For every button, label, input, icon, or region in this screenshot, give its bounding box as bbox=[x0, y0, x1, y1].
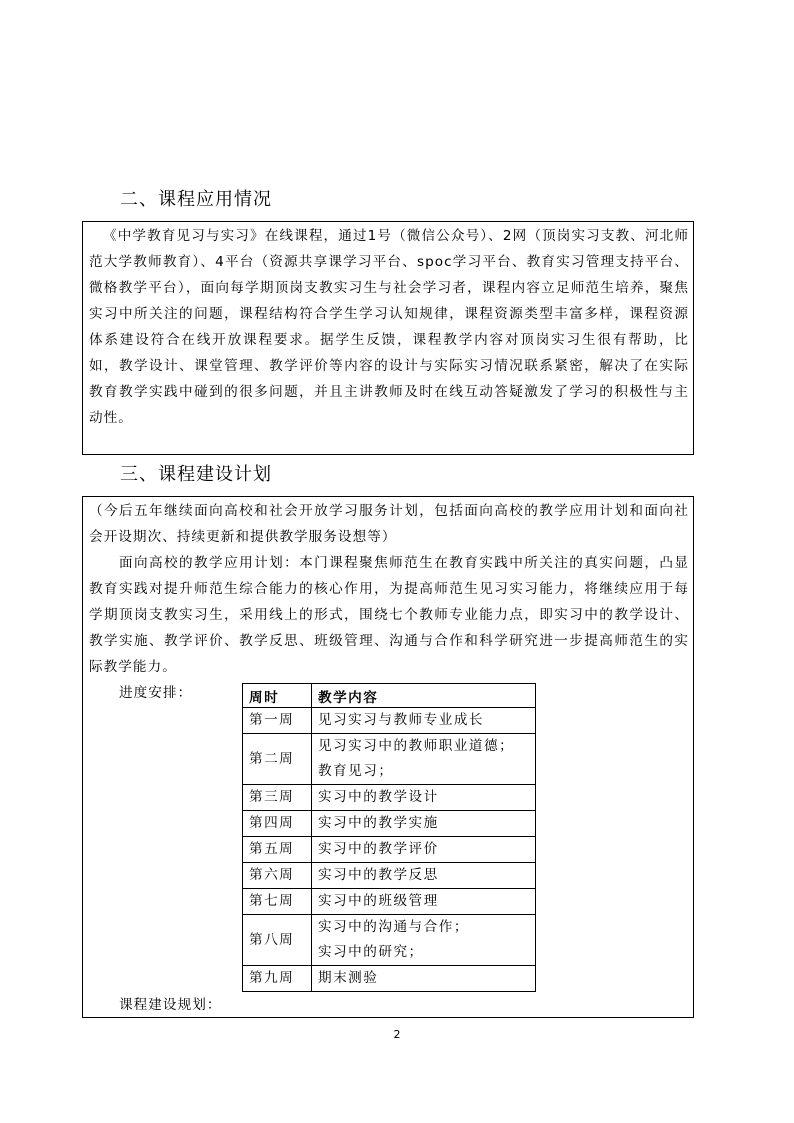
content-cell: 见习实习与教师专业成长 bbox=[312, 708, 536, 734]
table-row: 第五周 实习中的教学评价 bbox=[243, 837, 536, 863]
table-row: 第六周 实习中的教学反思 bbox=[243, 863, 536, 889]
content-cell: 实习中的教学实施 bbox=[312, 811, 536, 837]
week-cell: 第六周 bbox=[243, 863, 312, 889]
content-cell: 实习中的教学设计 bbox=[312, 785, 536, 811]
content-line: 实习中的研究； bbox=[318, 940, 529, 965]
table-row: 第七周 实习中的班级管理 bbox=[243, 889, 536, 915]
content-line: 教育见习； bbox=[318, 759, 529, 784]
week-cell: 第五周 bbox=[243, 837, 312, 863]
week-cell: 第九周 bbox=[243, 966, 312, 992]
section3-note: （今后五年继续面向高校和社会开放学习服务计划，包括面向高校的教学应用计划和面向社… bbox=[83, 498, 693, 550]
content-line: 见习实习中的教师职业道德； bbox=[318, 734, 529, 759]
week-cell: 第七周 bbox=[243, 889, 312, 915]
table-row: 第四周 实习中的教学实施 bbox=[243, 811, 536, 837]
week-cell: 第三周 bbox=[243, 785, 312, 811]
week-cell: 第二周 bbox=[243, 734, 312, 785]
table-row: 第九周 期末测验 bbox=[243, 966, 536, 992]
content-cell: 实习中的沟通与合作； 实习中的研究； bbox=[312, 915, 536, 966]
content-cell: 见习实习中的教师职业道德； 教育见习； bbox=[312, 734, 536, 785]
content-cell: 实习中的教学反思 bbox=[312, 863, 536, 889]
week-cell: 第四周 bbox=[243, 811, 312, 837]
header-content: 教学内容 bbox=[312, 684, 536, 708]
schedule-table: 周时 教学内容 第一周 见习实习与教师专业成长 第二周 见习实习中的教师职业道德… bbox=[242, 683, 536, 992]
section3-heading: 三、课程建设计划 bbox=[120, 464, 272, 486]
page-number: 2 bbox=[0, 1028, 794, 1041]
table-row: 第二周 见习实习中的教师职业道德； 教育见习； bbox=[243, 734, 536, 785]
table-header-row: 周时 教学内容 bbox=[243, 684, 536, 708]
content-cell: 期末测验 bbox=[312, 966, 536, 992]
content-cell: 实习中的班级管理 bbox=[312, 889, 536, 915]
content-line: 实习中的沟通与合作； bbox=[318, 915, 529, 940]
table-row: 第三周 实习中的教学设计 bbox=[243, 785, 536, 811]
section3-plan-paragraph: 面向高校的教学应用计划：本门课程聚焦师范生在教育实践中所关注的真实问题，凸显教育… bbox=[83, 550, 693, 680]
header-week: 周时 bbox=[243, 684, 312, 708]
table-row: 第八周 实习中的沟通与合作； 实习中的研究； bbox=[243, 915, 536, 966]
planning-label: 课程建设规划： bbox=[83, 992, 226, 1018]
table-row: 第一周 见习实习与教师专业成长 bbox=[243, 708, 536, 734]
section2-paragraph: 《中学教育见习与实习》在线课程，通过1号（微信公众号）、2网（顶岗实习支教、河北… bbox=[83, 223, 693, 431]
section2-box: 《中学教育见习与实习》在线课程，通过1号（微信公众号）、2网（顶岗实习支教、河北… bbox=[82, 221, 694, 455]
week-cell: 第一周 bbox=[243, 708, 312, 734]
section2-heading: 二、课程应用情况 bbox=[120, 189, 272, 211]
week-cell: 第八周 bbox=[243, 915, 312, 966]
content-cell: 实习中的教学评价 bbox=[312, 837, 536, 863]
